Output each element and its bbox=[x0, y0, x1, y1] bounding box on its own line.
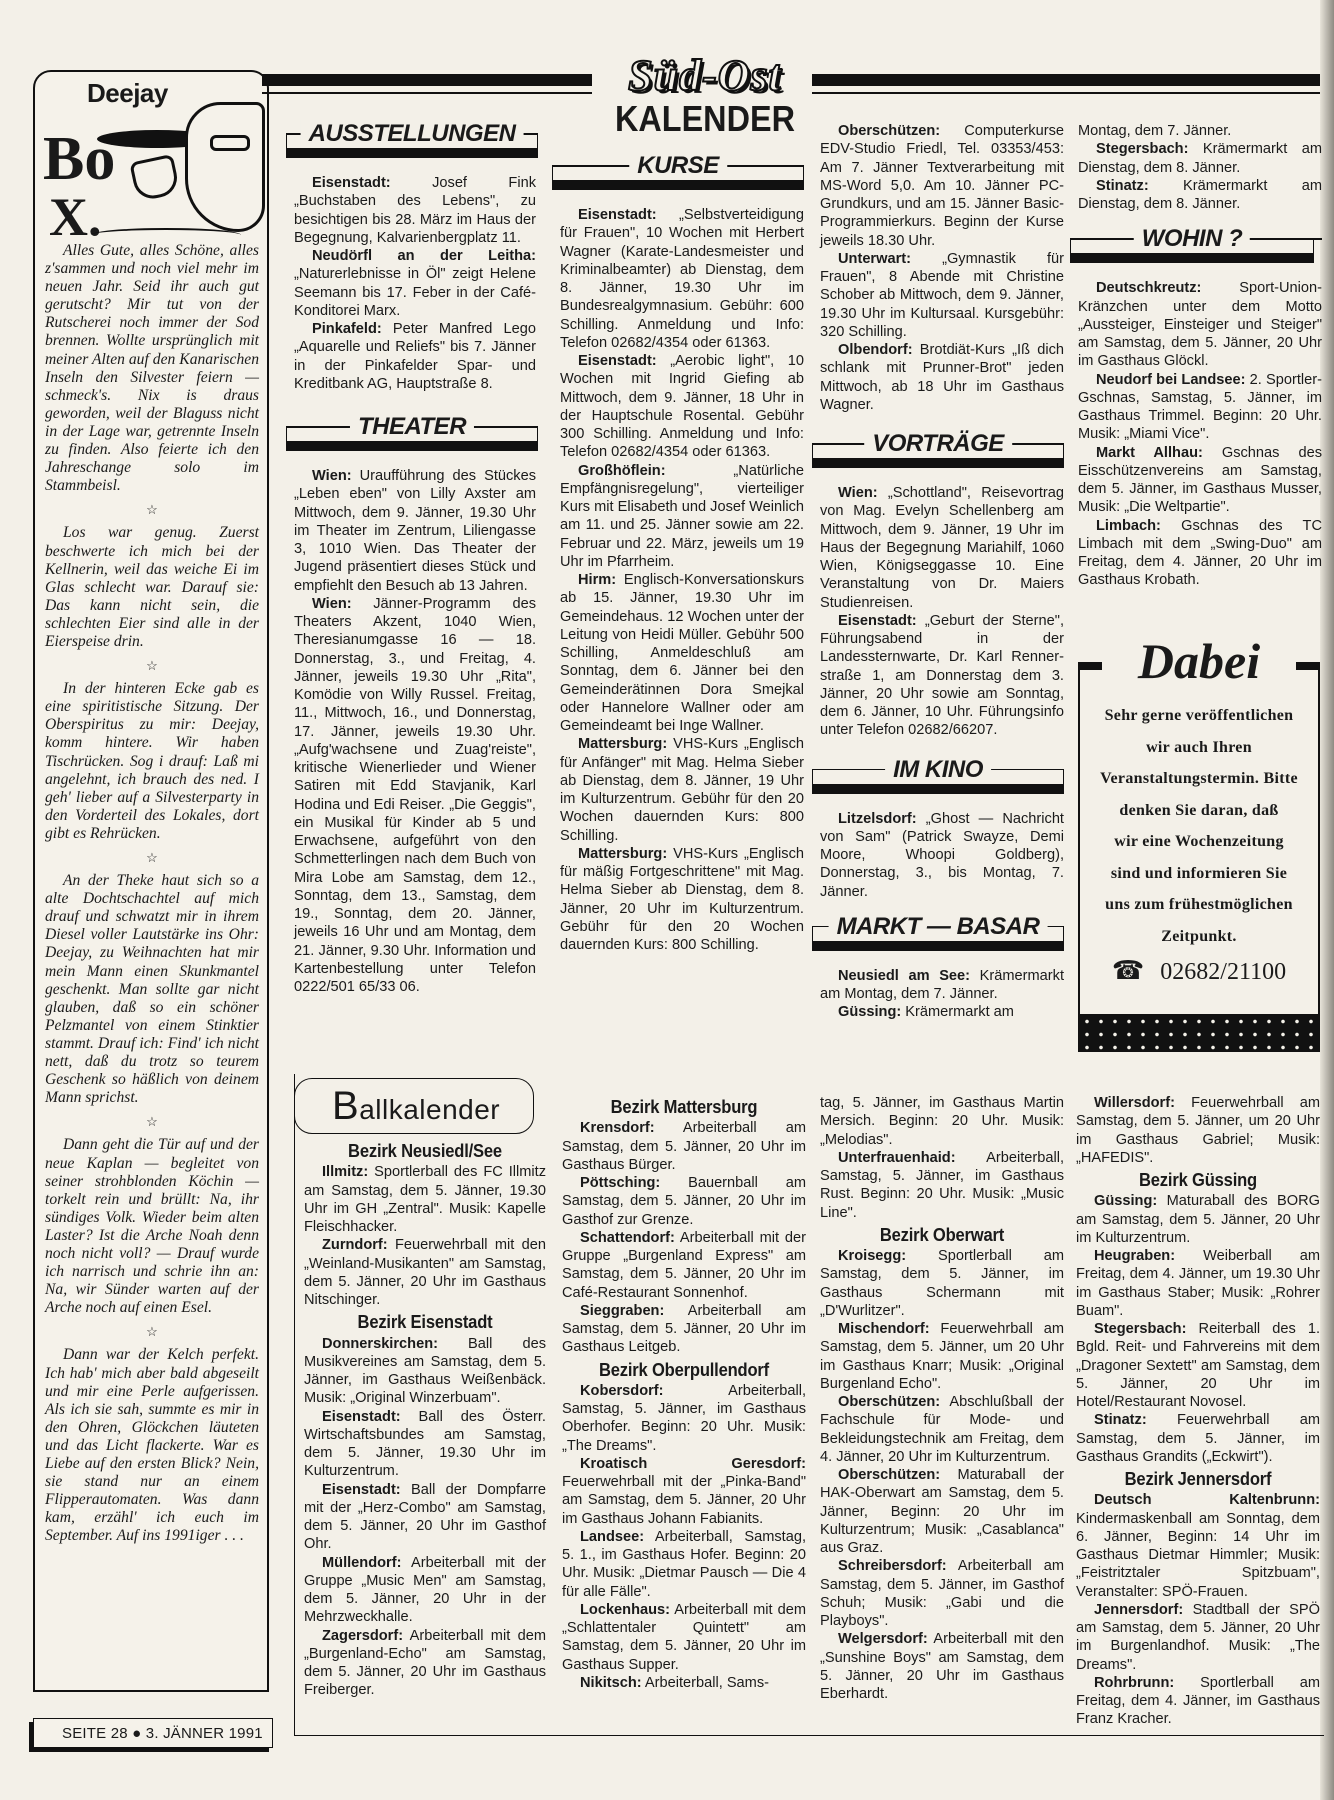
event-entry: Deutschkreutz: Sport-Union-Kränzchen unt… bbox=[1078, 279, 1322, 370]
ball-entry: Illmitz: Sportlerball des FC Illmitz am … bbox=[304, 1163, 546, 1236]
event-entry: Litzelsdorf: „Ghost — Nachricht von Sam"… bbox=[820, 810, 1064, 901]
event-entry: Mattersburg: VHS-Kurs „Englisch für Anfä… bbox=[560, 735, 804, 845]
section-heading-kino: IM KINO bbox=[812, 758, 1064, 798]
event-entry: Neudörfl an der Leitha: „Naturerlebnisse… bbox=[294, 247, 536, 320]
event-entry: Eisenstadt: „Geburt der Sterne", Führung… bbox=[820, 612, 1064, 740]
section-heading-theater: THEATER bbox=[286, 415, 538, 455]
deejay-paragraph: An der Theke haut sich so a alte Dochtsc… bbox=[45, 872, 259, 1107]
district-heading: Bezirk Oberwart bbox=[830, 1226, 1054, 1244]
deejay-paragraph: In der hinteren Ecke gab es eine spiriti… bbox=[45, 680, 259, 843]
event-entry: Limbach: Gschnas des TC Limbach mit dem … bbox=[1078, 517, 1322, 590]
page-footer-date: SEITE 28 ● 3. JÄNNER 1991 bbox=[33, 1718, 273, 1748]
ball-entry: Mischendorf: Feuerwehrball am Samstag, d… bbox=[820, 1320, 1064, 1393]
district-heading: Bezirk Eisenstadt bbox=[314, 1313, 537, 1331]
ball-entry: Lockenhaus: Arbeiterball mit dem „Schlat… bbox=[562, 1601, 806, 1674]
ball-entry: Kroisegg: Sportlerball am Samstag, dem 5… bbox=[820, 1247, 1064, 1320]
dabei-advertisement: Dabei Sehr gerne veröffentlichen wir auc… bbox=[1078, 636, 1320, 1052]
ball-entry: Eisenstadt: Ball der Dompfarre mit der „… bbox=[304, 1481, 546, 1554]
event-entry: Markt Allhau: Gschnas des Eisschützenver… bbox=[1078, 444, 1322, 517]
star-separator-icon: ☆ bbox=[45, 849, 259, 867]
ball-entry: Kroatisch Geresdorf: Feuerwehrball mit d… bbox=[562, 1455, 806, 1528]
event-entry: Eisenstadt: Josef Fink „Buchstaben des L… bbox=[294, 174, 536, 247]
dabei-title: Dabei bbox=[1078, 636, 1320, 686]
hand-illustration-icon bbox=[129, 154, 180, 202]
dabei-phone: ☎02682/21100 bbox=[1078, 956, 1320, 986]
ball-entry: Deutsch Kaltenbrunn: Kindermaskenball am… bbox=[1076, 1491, 1320, 1601]
ball-entry: Rohrbrunn: Sportlerball am Freitag, dem … bbox=[1076, 1674, 1320, 1729]
banner-rule-thin bbox=[812, 92, 1320, 94]
deejay-paragraph: Alles Gute, alles Schöne, alles z'sammen… bbox=[45, 242, 259, 495]
district-heading: Bezirk Mattersburg bbox=[572, 1098, 796, 1116]
ball-entry: Müllendorf: Arbeiterball mit der Gruppe … bbox=[304, 1554, 546, 1627]
star-separator-icon: ☆ bbox=[45, 501, 259, 519]
event-entry: Neudorf bei Landsee: 2. Sportler-Gschnas… bbox=[1078, 371, 1322, 444]
deejay-paragraph: Los war genug. Zuerst beschwerte ich mic… bbox=[45, 524, 259, 651]
masthead-title: KALENDER bbox=[602, 100, 809, 138]
event-entry: Stegersbach: Krämermarkt am Dienstag, de… bbox=[1078, 140, 1322, 177]
ball-column-1: Bezirk Neusiedl/SeeIllmitz: Sportlerball… bbox=[304, 1138, 546, 1700]
ball-entry: Pöttsching: Bauernball am Samstag, dem 5… bbox=[562, 1174, 806, 1229]
event-entry: Eisenstadt: „Aerobic light", 10 Wochen m… bbox=[560, 352, 804, 462]
deejay-paragraph: Dann war der Kelch perfekt. Ich hab' mic… bbox=[45, 1346, 259, 1545]
column-4: Montag, dem 7. Jänner. Stegersbach: Kräm… bbox=[1078, 122, 1322, 590]
deejay-paragraph: Dann geht die Tür auf und der neue Kapla… bbox=[45, 1136, 259, 1317]
banner-rule bbox=[812, 74, 1320, 86]
ball-entry: Willersdorf: Feuerwehrball am Samstag, d… bbox=[1076, 1094, 1320, 1167]
turntable-base-icon bbox=[91, 228, 241, 242]
telephone-icon: ☎ bbox=[1112, 956, 1144, 985]
event-entry: Wien: Uraufführung des Stückes „Leben eb… bbox=[294, 467, 536, 595]
ball-entry: Stinatz: Feuerwehrball am Samstag, dem 5… bbox=[1076, 1411, 1320, 1466]
event-entry: Wien: „Schottland", Reisevortrag von Mag… bbox=[820, 484, 1064, 612]
masthead-script: Süd-Ost bbox=[590, 54, 820, 98]
district-heading: Bezirk Güssing bbox=[1086, 1171, 1310, 1189]
glasses-icon bbox=[210, 135, 250, 151]
event-entry: Neusiedl am See: Krämermarkt am Montag, … bbox=[820, 967, 1064, 1004]
ball-entry: Kobersdorf: Arbeiterball, Samstag, 5. Jä… bbox=[562, 1382, 806, 1455]
ball-column-2: Bezirk MattersburgKrensdorf: Arbeiterbal… bbox=[562, 1094, 806, 1692]
event-entry: Oberschützen: Computerkurse EDV-Studio F… bbox=[820, 122, 1064, 250]
deejay-logo-bo: Bo bbox=[43, 128, 115, 190]
ball-entry: Welgersdorf: Arbeiterball mit den „Sunsh… bbox=[820, 1630, 1064, 1703]
ball-entry: Nikitsch: Arbeiterball, Sams- bbox=[562, 1674, 806, 1692]
deejay-box-column: Deejay Bo X. Alles Gute, alles Schöne, a… bbox=[33, 70, 269, 1692]
event-entry: Hirm: Englisch-Konversationskurs ab 15. … bbox=[560, 571, 804, 735]
star-separator-icon: ☆ bbox=[45, 1113, 259, 1131]
district-heading: Bezirk Jennersdorf bbox=[1086, 1470, 1310, 1488]
event-entry: Unterwart: „Gymnastik für Frauen", 8 Abe… bbox=[820, 250, 1064, 341]
ball-column-3: tag, 5. Jänner, im Gasthaus Martin Mersi… bbox=[820, 1094, 1064, 1703]
deejay-title: Deejay bbox=[87, 78, 168, 109]
ball-entry: Jennersdorf: Stadtball der SPÖ am Samsta… bbox=[1076, 1601, 1320, 1674]
event-entry: Großhöflein: „Natürliche Empfängnisregel… bbox=[560, 462, 804, 572]
event-entry: Eisenstadt: „Selbstverteidigung für Frau… bbox=[560, 206, 804, 352]
star-separator-icon: ☆ bbox=[45, 1323, 259, 1341]
event-entry: Mattersburg: VHS-Kurs „Englisch für mäßi… bbox=[560, 845, 804, 955]
ball-entry: Eisenstadt: Ball des Österr. Wirtschafts… bbox=[304, 1408, 546, 1481]
event-entry: Wien: Jänner-Programm des Theaters Akzen… bbox=[294, 595, 536, 997]
column-3: Oberschützen: Computerkurse EDV-Studio F… bbox=[820, 122, 1064, 1022]
section-heading-ausstellungen: AUSSTELLUNGEN bbox=[286, 122, 538, 162]
ball-entry: Schattendorf: Arbeiterball mit der Grupp… bbox=[562, 1229, 806, 1302]
deejay-column-text: Alles Gute, alles Schöne, alles z'sammen… bbox=[35, 242, 267, 1545]
column-2: KURSE Eisenstadt: „Selbstverteidigung fü… bbox=[560, 150, 804, 954]
event-entry: Pinkafeld: Peter Manfred Lego „Aquarelle… bbox=[294, 320, 536, 393]
dabei-body-text: Sehr gerne veröffentlichen wir auch Ihre… bbox=[1082, 700, 1316, 952]
column-1: AUSSTELLUNGEN Eisenstadt: Josef Fink „Bu… bbox=[294, 118, 536, 996]
ball-entry: Oberschützen: Abschlußball der Fachschul… bbox=[820, 1393, 1064, 1466]
ball-entry: Unterfrauenhaid: Arbeiterball, Samstag, … bbox=[820, 1149, 1064, 1222]
ball-entry: Stegersbach: Reiterball des 1. Bgld. Rei… bbox=[1076, 1320, 1320, 1411]
ball-entry: Schreibersdorf: Arbeiterball am Samstag,… bbox=[820, 1557, 1064, 1630]
event-entry: Stinatz: Krämermarkt am Dienstag, dem 8.… bbox=[1078, 177, 1322, 214]
ball-entry: Krensdorf: Arbeiterball am Samstag, dem … bbox=[562, 1119, 806, 1174]
ball-entry: Landsee: Arbeiterball, Samstag, 5. 1., i… bbox=[562, 1528, 806, 1601]
phone-number: 02682/21100 bbox=[1160, 959, 1286, 985]
section-heading-markt-basar: MARKT — BASAR bbox=[812, 915, 1064, 955]
banner-rule bbox=[262, 74, 592, 86]
section-heading-kurse: KURSE bbox=[552, 154, 804, 194]
ballkalender-title: Ballkalender bbox=[330, 1090, 502, 1126]
ball-entry: Oberschützen: Maturaball der HAK-Oberwar… bbox=[820, 1466, 1064, 1557]
masthead: Süd-Ost KALENDER bbox=[590, 54, 820, 144]
event-entry: Güssing: Krämermarkt am bbox=[820, 1003, 1064, 1021]
ball-entry: Sieggraben: Arbeiterball am Samstag, dem… bbox=[562, 1302, 806, 1357]
ball-entry: Zagersdorf: Arbeiterball mit dem „Burgen… bbox=[304, 1627, 546, 1700]
polka-dot-bar bbox=[1078, 1014, 1320, 1052]
ball-entry: Donnerskirchen: Ball des Musikvereines a… bbox=[304, 1335, 546, 1408]
ball-entry-continued: tag, 5. Jänner, im Gasthaus Martin Mersi… bbox=[820, 1094, 1064, 1149]
district-heading: Bezirk Oberpullendorf bbox=[572, 1361, 796, 1379]
deejay-face-illustration-icon bbox=[185, 102, 265, 232]
section-heading-vortraege: VORTRÄGE bbox=[812, 432, 1064, 472]
deejay-box-logo: Deejay Bo X. bbox=[35, 72, 267, 242]
district-heading: Bezirk Neusiedl/See bbox=[314, 1142, 537, 1160]
ball-entry: Zurndorf: Feuerwehrball mit den „Weinlan… bbox=[304, 1236, 546, 1309]
event-entry-continued: Montag, dem 7. Jänner. bbox=[1078, 122, 1322, 140]
ball-entry: Güssing: Maturaball des BORG am Samstag,… bbox=[1076, 1192, 1320, 1247]
star-separator-icon: ☆ bbox=[45, 657, 259, 675]
section-heading-wohin: WOHIN ? bbox=[1070, 227, 1314, 267]
ball-column-4: Willersdorf: Feuerwehrball am Samstag, d… bbox=[1076, 1094, 1320, 1729]
ball-entry: Heugraben: Weiberball am Freitag, dem 4.… bbox=[1076, 1247, 1320, 1320]
event-entry: Olbendorf: Brotdiät-Kurs „Iß dich schlan… bbox=[820, 341, 1064, 414]
banner-rule-thin bbox=[262, 92, 592, 94]
